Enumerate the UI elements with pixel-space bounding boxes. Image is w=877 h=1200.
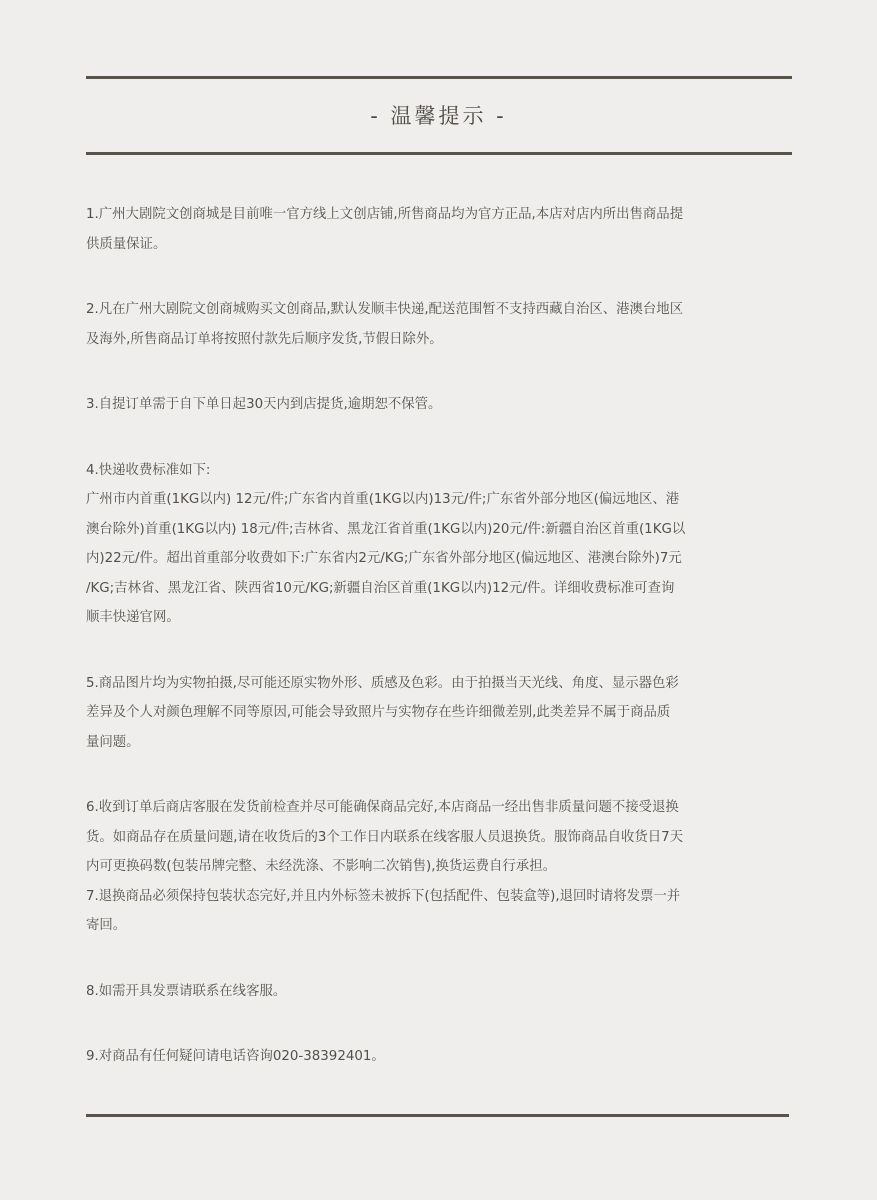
notice-line: 9.对商品有任何疑问请电话咨询020-38392401。	[86, 1042, 798, 1072]
notice-2: 2.凡在广州大剧院文创商城购买文创商品,默认发顺丰快递,配送范围暂不支持西藏自治…	[86, 295, 798, 354]
spacer	[86, 633, 798, 669]
notice-line: 广州市内首重(1KG以内) 12元/件;广东省内首重(1KG以内)13元/件;广…	[86, 485, 798, 515]
notice-line: 3.自提订单需于自下单日起30天内到店提货,逾期恕不保管。	[86, 390, 798, 420]
notice-line: 澳台除外)首重(1KG以内) 18元/件;吉林省、黑龙江省首重(1KG以内)20…	[86, 515, 798, 545]
notice-9: 9.对商品有任何疑问请电话咨询020-38392401。	[86, 1042, 798, 1072]
notice-line: 量问题。	[86, 728, 798, 758]
notice-line: 8.如需开具发票请联系在线客服。	[86, 977, 798, 1007]
notice-line: 货。如商品存在质量问题,请在收货后的3个工作日内联系在线客服人员退换货。服饰商品…	[86, 823, 798, 853]
spacer	[86, 354, 798, 390]
bottom-divider	[86, 1114, 789, 1117]
title-divider	[86, 152, 792, 155]
notice-line: 差异及个人对颜色理解不同等原因,可能会导致照片与实物存在些许细微差别,此类差异不…	[86, 698, 798, 728]
notice-line: 7.退换商品必须保持包装状态完好,并且内外标签未被拆下(包括配件、包装盒等),退…	[86, 882, 798, 912]
notice-3: 3.自提订单需于自下单日起30天内到店提货,逾期恕不保管。	[86, 390, 798, 420]
spacer	[86, 941, 798, 977]
notice-line: 1.广州大剧院文创商城是目前唯一官方线上文创店铺,所售商品均为官方正品,本店对店…	[86, 200, 798, 230]
notice-line: /KG;吉林省、黑龙江省、陕西省10元/KG;新疆自治区首重(1KG以内)12元…	[86, 574, 798, 604]
page-title: - 温馨提示 -	[0, 100, 877, 130]
notice-line: 及海外,所售商品订单将按照付款先后顺序发货,节假日除外。	[86, 325, 798, 355]
notice-5: 5.商品图片均为实物拍摄,尽可能还原实物外形、质感及色彩。由于拍摄当天光线、角度…	[86, 669, 798, 758]
notice-4: 4.快递收费标准如下: 广州市内首重(1KG以内) 12元/件;广东省内首重(1…	[86, 456, 798, 633]
notice-line: 寄回。	[86, 911, 798, 941]
spacer	[86, 259, 798, 295]
spacer	[86, 420, 798, 456]
notice-8: 8.如需开具发票请联系在线客服。	[86, 977, 798, 1007]
notice-6-7: 6.收到订单后商店客服在发货前检查并尽可能确保商品完好,本店商品一经出售非质量问…	[86, 793, 798, 941]
notice-line: 4.快递收费标准如下:	[86, 456, 798, 486]
notice-line: 内)22元/件。超出首重部分收费如下:广东省内2元/KG;广东省外部分地区(偏远…	[86, 544, 798, 574]
spacer	[86, 1006, 798, 1042]
notice-line: 顺丰快递官网。	[86, 603, 798, 633]
top-divider	[86, 76, 792, 79]
notice-line: 5.商品图片均为实物拍摄,尽可能还原实物外形、质感及色彩。由于拍摄当天光线、角度…	[86, 669, 798, 699]
notice-line: 6.收到订单后商店客服在发货前检查并尽可能确保商品完好,本店商品一经出售非质量问…	[86, 793, 798, 823]
notice-line: 供质量保证。	[86, 230, 798, 260]
notice-1: 1.广州大剧院文创商城是目前唯一官方线上文创店铺,所售商品均为官方正品,本店对店…	[86, 200, 798, 259]
notice-list: 1.广州大剧院文创商城是目前唯一官方线上文创店铺,所售商品均为官方正品,本店对店…	[86, 200, 798, 1072]
notice-line: 2.凡在广州大剧院文创商城购买文创商品,默认发顺丰快递,配送范围暂不支持西藏自治…	[86, 295, 798, 325]
spacer	[86, 757, 798, 793]
notice-line: 内可更换码数(包装吊牌完整、未经洗涤、不影响二次销售),换货运费自行承担。	[86, 852, 798, 882]
